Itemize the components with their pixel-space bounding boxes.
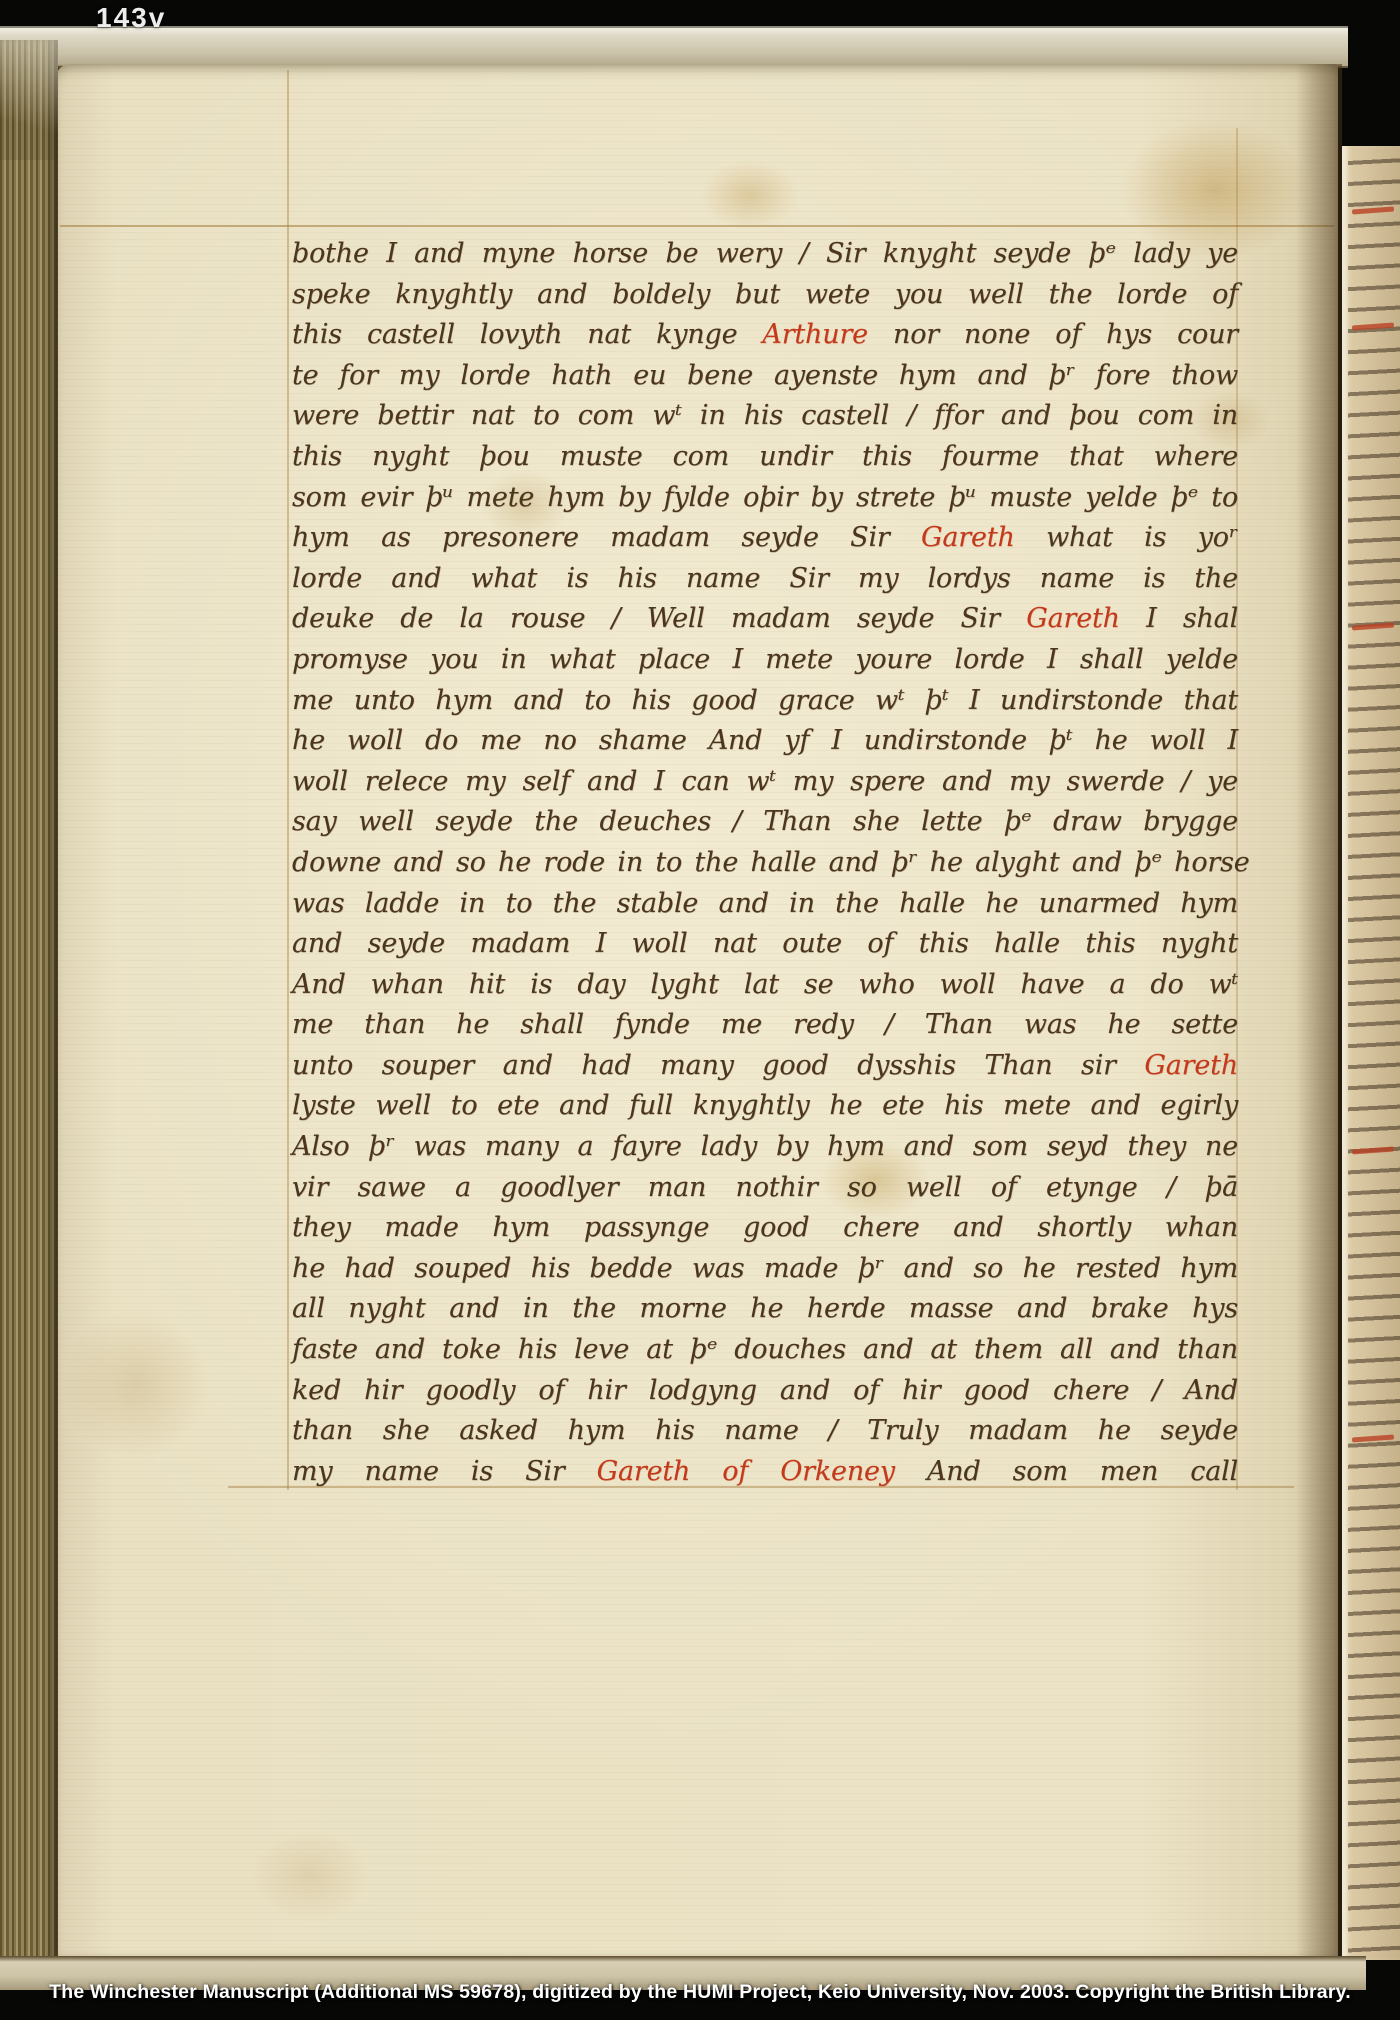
ink-text: hym as presonere madam seyde Sir <box>292 522 890 553</box>
ruling-line-left-margin <box>287 70 289 1490</box>
manuscript-line: faste and toke his leve at þᵉ douches an… <box>292 1330 1238 1371</box>
manuscript-line: bothe I and myne horse be wery / Sir kny… <box>292 234 1238 275</box>
manuscript-line: unto souper and had many good dysshis Th… <box>292 1046 1238 1087</box>
manuscript-line: deuke de la rouse / Well madam seyde Sir… <box>292 599 1238 640</box>
ink-text: bothe I and myne horse be wery / Sir kny… <box>292 238 1238 269</box>
ink-text: and seyde madam I woll nat oute of this … <box>292 928 1238 959</box>
manuscript-line: say well seyde the deuches / Than she le… <box>292 802 1238 843</box>
ink-text: faste and toke his leve at þᵉ douches an… <box>292 1334 1238 1365</box>
ink-text: unto souper and had many good dysshis Th… <box>292 1050 1116 1081</box>
facing-page-text-lines <box>1348 152 1400 1954</box>
manuscript-line: me than he shall fynde me redy / Than wa… <box>292 1005 1238 1046</box>
manuscript-line: they made hym passynge good chere and sh… <box>292 1208 1238 1249</box>
manuscript-line: ked hir goodly of hir lodgyng and of hir… <box>292 1371 1238 1412</box>
ink-text: And som men call <box>927 1456 1238 1487</box>
ink-text: this nyght þou muste com undir this four… <box>292 441 1238 472</box>
rubric-text: Gareth of Orkeney <box>597 1456 895 1487</box>
manuscript-line: And whan hit is day lyght lat se who wol… <box>292 965 1238 1006</box>
ruling-line-top <box>60 225 1334 227</box>
rubric-text: Gareth <box>921 522 1015 553</box>
manuscript-line: hym as presonere madam seyde Sir Gareth … <box>292 518 1238 559</box>
ink-text: he woll do me no shame And yf I undirsto… <box>292 725 1238 756</box>
ink-text: say well seyde the deuches / Than she le… <box>292 806 1238 837</box>
ink-text: promyse you in what place I mete youre l… <box>292 644 1238 675</box>
rubric-text: Gareth <box>1026 603 1120 634</box>
page-edge-stack <box>0 40 58 1990</box>
ink-text: te for my lorde hath eu bene ayenste hym… <box>292 360 1238 391</box>
facing-page-sliver <box>1342 146 1400 1960</box>
manuscript-line: lorde and what is his name Sir my lordys… <box>292 559 1238 600</box>
manuscript-line: my name is Sir Gareth of Orkeney And som… <box>292 1452 1238 1493</box>
ink-text: Also þʳ was many a fayre lady by hym and… <box>292 1131 1238 1162</box>
rubric-text: Gareth <box>1144 1050 1238 1081</box>
manuscript-line: he had souped his bedde was made þʳ and … <box>292 1249 1238 1290</box>
manuscript-line: were bettir nat to com wᵗ in his castell… <box>292 396 1238 437</box>
manuscript-line: all nyght and in the morne he herde mass… <box>292 1289 1238 1330</box>
ink-text: vir sawe a goodlyer man nothir so well o… <box>292 1172 1238 1203</box>
ink-text: And whan hit is day lyght lat se who wol… <box>292 969 1238 1000</box>
manuscript-photo: 143v bothe I and myne horse be wery / Si… <box>0 0 1400 2020</box>
ink-text: they made hym passynge good chere and sh… <box>292 1212 1238 1243</box>
ink-text: deuke de la rouse / Well madam seyde Sir <box>292 603 1000 634</box>
manuscript-line: speke knyghtly and boldely but wete you … <box>292 275 1238 316</box>
ink-text: he had souped his bedde was made þʳ and … <box>292 1253 1238 1284</box>
ink-text: nor none of hys cour <box>893 319 1238 350</box>
ink-text: lyste well to ete and full knyghtly he e… <box>292 1090 1238 1121</box>
manuscript-line: woll relece my self and I can wᵗ my sper… <box>292 762 1238 803</box>
gutter-shadow <box>1296 64 1342 1962</box>
manuscript-line: and seyde madam I woll nat oute of this … <box>292 924 1238 965</box>
manuscript-line: downe and so he rode in to the halle and… <box>292 843 1238 884</box>
manuscript-line: lyste well to ete and full knyghtly he e… <box>292 1086 1238 1127</box>
ink-text: my name is Sir <box>292 1456 565 1487</box>
manuscript-text-block: bothe I and myne horse be wery / Sir kny… <box>292 234 1238 1492</box>
manuscript-line: vir sawe a goodlyer man nothir so well o… <box>292 1168 1238 1209</box>
book-top-edge <box>0 26 1348 68</box>
ink-text: all nyght and in the morne he herde mass… <box>292 1293 1238 1324</box>
manuscript-line: promyse you in what place I mete youre l… <box>292 640 1238 681</box>
manuscript-line: this nyght þou muste com undir this four… <box>292 437 1238 478</box>
manuscript-line: me unto hym and to his good grace wᵗ þᵗ … <box>292 681 1238 722</box>
ink-text: speke knyghtly and boldely but wete you … <box>292 279 1238 310</box>
manuscript-line: than she asked hym his name / Truly mada… <box>292 1411 1238 1452</box>
ink-text: this castell lovyth nat kynge <box>292 319 737 350</box>
ink-text: som evir þᵘ mete hym by fylde oþir by st… <box>292 482 1238 513</box>
manuscript-line: te for my lorde hath eu bene ayenste hym… <box>292 356 1238 397</box>
ink-text: lorde and what is his name Sir my lordys… <box>292 563 1238 594</box>
image-caption: The Winchester Manuscript (Additional MS… <box>0 1981 1400 2004</box>
ink-text: I shal <box>1146 603 1238 634</box>
ink-text: ked hir goodly of hir lodgyng and of hir… <box>292 1375 1238 1406</box>
ink-text: me unto hym and to his good grace wᵗ þᵗ … <box>292 685 1238 716</box>
manuscript-line: he woll do me no shame And yf I undirsto… <box>292 721 1238 762</box>
ink-text: me than he shall fynde me redy / Than wa… <box>292 1009 1238 1040</box>
manuscript-line: this castell lovyth nat kynge Arthure no… <box>292 315 1238 356</box>
ink-text: was ladde in to the stable and in the ha… <box>292 888 1238 919</box>
folio-number: 143v <box>96 2 166 34</box>
manuscript-line: som evir þᵘ mete hym by fylde oþir by st… <box>292 478 1238 519</box>
manuscript-line: was ladde in to the stable and in the ha… <box>292 884 1238 925</box>
ink-text: what is yoʳ <box>1046 522 1238 553</box>
manuscript-line: Also þʳ was many a fayre lady by hym and… <box>292 1127 1238 1168</box>
ink-text: were bettir nat to com wᵗ in his castell… <box>292 400 1238 431</box>
ink-text: downe and so he rode in to the halle and… <box>292 847 1250 878</box>
ink-text: than she asked hym his name / Truly mada… <box>292 1415 1238 1446</box>
rubric-text: Arthure <box>762 319 868 350</box>
ink-text: woll relece my self and I can wᵗ my sper… <box>292 766 1238 797</box>
